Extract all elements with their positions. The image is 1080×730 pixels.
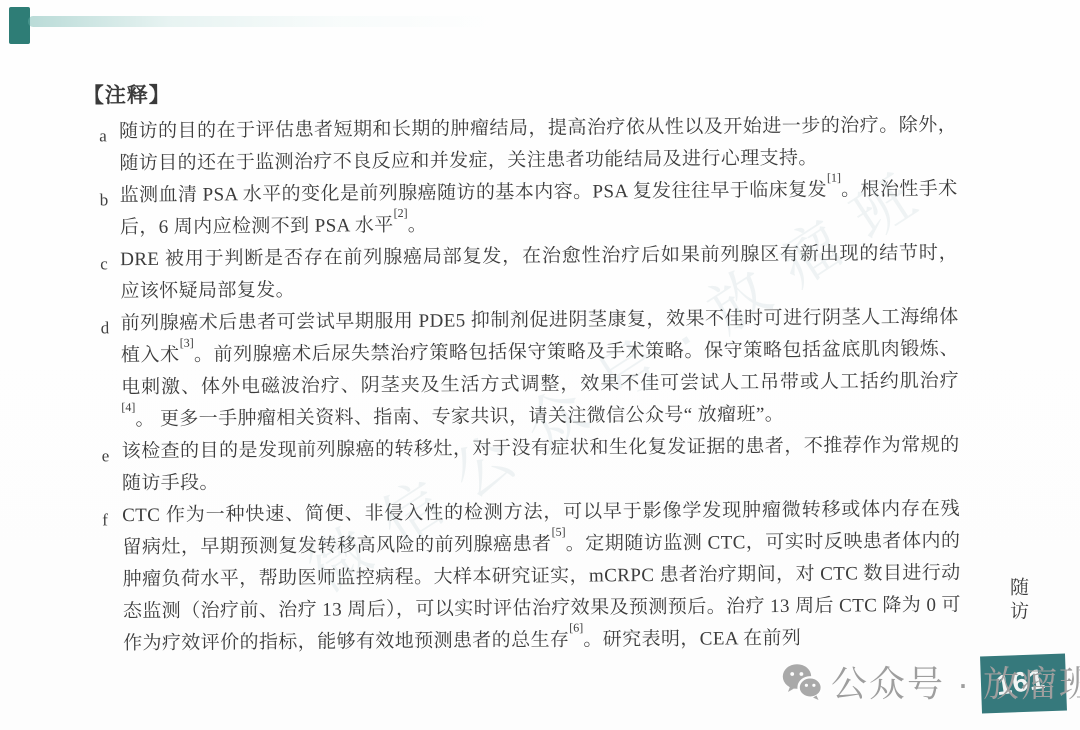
note-row-e: e该检查的目的是发现前列腺癌的转移灶，对于没有症状和生化复发证据的患者，不推荐作… (86, 430, 968, 501)
note-row-c: cDRE 被用于判断是否存在前列腺癌局部复发，在治愈性治疗后如果前列腺区有新出现… (84, 238, 966, 309)
watermark-text: 公众号 · 放瘤班 (831, 656, 1080, 707)
notes-section: 【注释】 a随访的目的在于评估患者短期和长期的肿瘤结局，提高治疗依从性以及开始进… (83, 73, 970, 661)
note-letter: d (101, 308, 122, 436)
section-title: 【注释】 (83, 73, 965, 110)
note-row-d: d前列腺癌术后患者可尝试早期服用 PDE5 抑制剂促进阴茎康复，效果不佳时可进行… (85, 302, 968, 437)
wechat-watermark: 公众号 · 放瘤班 (782, 656, 1080, 707)
note-text: 前列腺癌术后患者可尝试早期服用 PDE5 抑制剂促进阴茎康复，效果不佳时可进行阴… (121, 302, 960, 437)
note-text: CTC 作为一种快速、简便、非侵入性的检测方法，可以早于影像学发现肿瘤微转移或体… (122, 494, 961, 661)
notes-list: a随访的目的在于评估患者短期和长期的肿瘤结局，提高治疗依从性以及开始进一步的治疗… (83, 110, 969, 661)
note-letter: b (100, 180, 121, 244)
note-text: DRE 被用于判断是否存在前列腺癌局部复发，在治愈性治疗后如果前列腺区有新出现的… (120, 238, 958, 309)
wechat-icon (782, 663, 822, 700)
note-letter: c (100, 244, 121, 308)
side-tab-label: 随访 (1004, 577, 1031, 625)
note-text: 该检查的目的是发现前列腺癌的转移灶，对于没有症状和生化复发证据的患者，不推荐作为… (122, 430, 960, 501)
note-text: 监测血清 PSA 水平的变化是前列腺癌随访的基本内容。PSA 复发往往早于临床复… (120, 174, 958, 245)
note-letter: e (102, 436, 123, 500)
note-letter: f (102, 500, 123, 660)
note-row-f: fCTC 作为一种快速、简便、非侵入性的检测方法，可以早于影像学发现肿瘤微转移或… (86, 494, 969, 661)
note-letter: a (99, 116, 120, 180)
scanned-document-page: 微信公众号·放瘤班 【注释】 a随访的目的在于评估患者短期和长期的肿瘤结局，提高… (0, 0, 1080, 730)
note-row-b: b监测血清 PSA 水平的变化是前列腺癌随访的基本内容。PSA 复发往往早于临床… (84, 174, 966, 245)
corner-accent-mark (9, 7, 30, 44)
corner-accent-streak (28, 16, 498, 27)
